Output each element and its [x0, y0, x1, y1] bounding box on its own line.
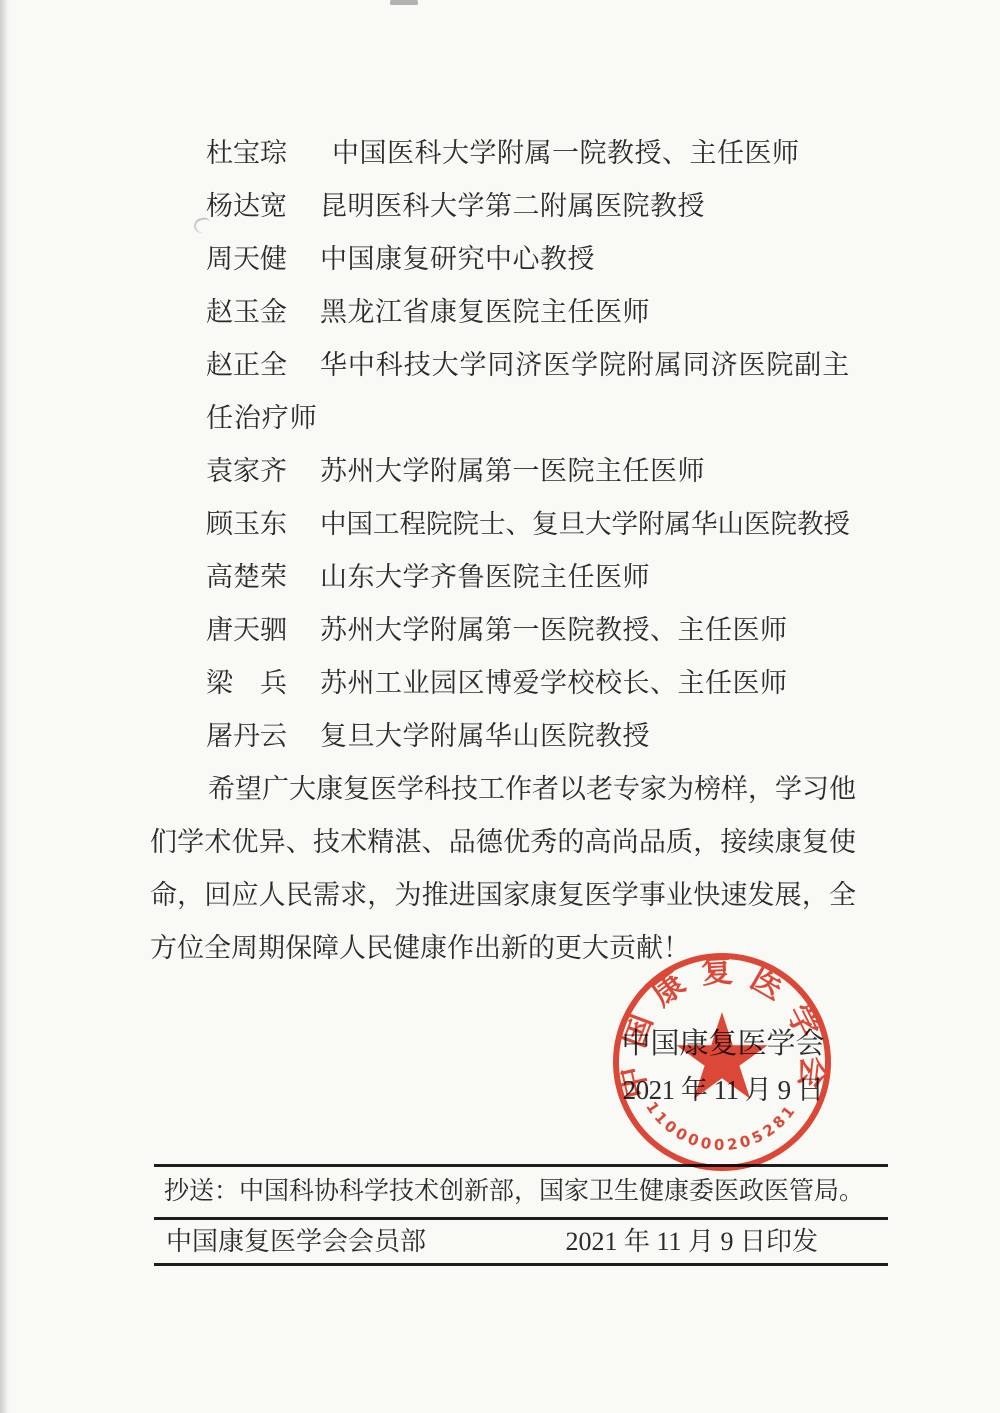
footer-divider-bottom [154, 1263, 888, 1266]
roster-name: 唐天驷 [206, 604, 288, 657]
roster-row: 杜宝琮中国医科大学附属一院教授、主任医师 [206, 127, 856, 180]
roster-row: 屠丹云复旦大学附属华山医院教授 [206, 710, 856, 763]
roster-row: 袁家齐苏州大学附属第一医院主任医师 [206, 445, 856, 498]
official-seal-stamp: 中国康复医学会 1100000205281 [609, 950, 835, 1176]
roster-row: 杨达宽昆明医科大学第二附属医院教授 [206, 180, 856, 233]
roster-row: 顾玉东中国工程院院士、复旦大学附属华山医院教授 [206, 498, 856, 551]
roster-name: 赵正全 [206, 339, 288, 392]
roster-affiliation: 苏州工业园区博爱学校校长、主任医师 [320, 668, 788, 698]
document-body: 杜宝琮中国医科大学附属一院教授、主任医师 杨达宽昆明医科大学第二附属医院教授 周… [150, 127, 856, 1002]
roster-row: 梁 兵苏州工业园区博爱学校校长、主任医师 [206, 657, 856, 710]
issuer-row: 中国康复医学会会员部 2021 年 11 月 9 日印发 [154, 1220, 888, 1263]
roster-affiliation: 中国工程院院士、复旦大学附属华山医院教授 [320, 509, 850, 539]
roster-name: 屠丹云 [206, 710, 288, 763]
roster-affiliation: 苏州大学附属第一医院主任医师 [320, 456, 705, 486]
roster-name: 高楚荣 [206, 551, 288, 604]
roster-row: 赵玉金黑龙江省康复医院主任医师 [206, 286, 856, 339]
footer-block: 抄送：中国科协科学技术创新部，国家卫生健康委医政医管局。 中国康复医学会会员部 … [154, 1164, 888, 1266]
roster-affiliation: 山东大学齐鲁医院主任医师 [320, 562, 650, 592]
roster-name: 周天健 [206, 233, 288, 286]
roster-affiliation: 昆明医科大学第二附属医院教授 [320, 191, 705, 221]
roster-row: 唐天驷苏州大学附属第一医院教授、主任医师 [206, 604, 856, 657]
svg-text:1100000205281: 1100000205281 [642, 1098, 798, 1154]
roster-row: 高楚荣山东大学齐鲁医院主任医师 [206, 551, 856, 604]
print-date: 2021 年 11 月 9 日印发 [565, 1220, 818, 1263]
roster-name: 赵玉金 [206, 286, 288, 339]
roster-name: 杨达宽 [206, 180, 288, 233]
roster-affiliation: 中国康复研究中心教授 [320, 244, 595, 274]
roster-name: 袁家齐 [206, 445, 288, 498]
scan-top-smudge [390, 0, 418, 5]
roster-affiliation: 苏州大学附属第一医院教授、主任医师 [320, 615, 788, 645]
roster-name: 梁 兵 [206, 657, 288, 710]
roster-affiliation: 黑龙江省康复医院主任医师 [320, 297, 650, 327]
roster-name: 杜宝琮 [206, 127, 288, 180]
roster-row: 赵正全华中科技大学同济医学院附属同济医院副主任治疗师 [206, 339, 856, 445]
roster-affiliation: 中国医科大学附属一院教授、主任医师 [332, 138, 800, 168]
document-page: 杜宝琮中国医科大学附属一院教授、主任医师 杨达宽昆明医科大学第二附属医院教授 周… [0, 0, 1000, 1413]
roster-affiliation: 华中科技大学同济医学院附属同济医院副主任治疗师 [206, 350, 850, 433]
scan-edge-shadow [0, 0, 9, 1413]
issuer-name: 中国康复医学会会员部 [166, 1220, 426, 1263]
roster-affiliation: 复旦大学附属华山医院教授 [320, 721, 650, 751]
roster-row: 周天健中国康复研究中心教授 [206, 233, 856, 286]
roster-name: 顾玉东 [206, 498, 288, 551]
closing-paragraph: 希望广大康复医学科技工作者以老专家为榜样，学习他们学术优异、技术精湛、品德优秀的… [150, 763, 856, 975]
seal-serial-arc-text: 1100000205281 [642, 1098, 798, 1154]
star-icon [676, 1012, 767, 1099]
expert-roster: 杜宝琮中国医科大学附属一院教授、主任医师 杨达宽昆明医科大学第二附属医院教授 周… [150, 127, 856, 763]
